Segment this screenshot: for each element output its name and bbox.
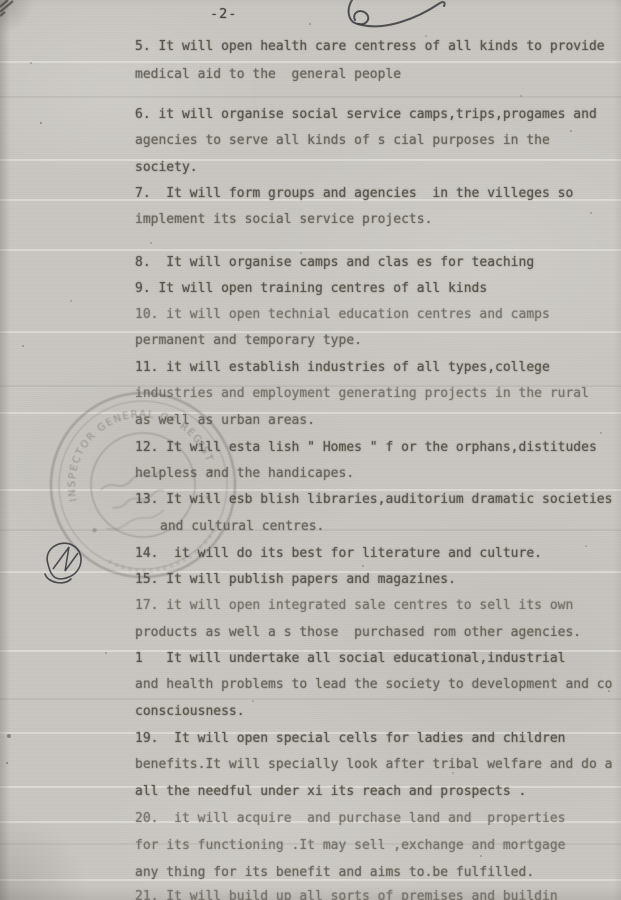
typed-line: for its functioning .It may sell ,exchan… [135, 839, 565, 852]
handwritten-mark [322, 0, 452, 32]
typed-line: any thing for its benefit and aims to.be… [135, 866, 534, 879]
typed-line: medical aid to the general people [135, 68, 401, 81]
typed-line: 17. it will open integrated sale centres… [135, 599, 573, 612]
typed-line: products as well a s those purchased rom… [135, 626, 581, 639]
typed-line: 19. It will open special cells for ladie… [135, 732, 565, 745]
corner-fold-mark [0, 0, 22, 18]
typed-line: all the needful under xi its reach and p… [135, 785, 526, 798]
scan-streak [0, 249, 621, 251]
typed-line: 8. It will organise camps and clas es fo… [135, 256, 534, 269]
page-number: -2- [210, 6, 237, 22]
typed-line: permanent and temporary type. [135, 334, 362, 347]
typed-line: benefits.It will specially look after tr… [135, 758, 612, 771]
typed-line: implement its social service projects. [135, 213, 432, 226]
signature-scribble [38, 536, 92, 588]
scan-streak [0, 96, 621, 98]
typed-line: agencies to serve all kinds of s cial pu… [135, 134, 550, 147]
scan-streak [0, 61, 621, 63]
typed-line: consciousness. [135, 705, 245, 718]
typed-line: 7. It will form groups and agencies in t… [135, 187, 573, 200]
typed-line: 5. It will open health care centress of … [135, 40, 605, 53]
typed-line: 6. it will organise social service camps… [135, 108, 597, 121]
typed-line: 1 It will undertake all social education… [135, 652, 565, 665]
typed-line: 21. It will build up all sorts of premis… [135, 890, 558, 900]
scan-streak [0, 159, 621, 161]
typed-line: 20. it will acquire and purchase land an… [135, 812, 565, 825]
typed-line: and health problems to lead the society … [135, 678, 612, 691]
typed-line: society. [135, 161, 198, 174]
typed-line: 10. it will open technial education cent… [135, 308, 550, 321]
scanned-typewritten-page: -2- OF THE INSPECTOR GENERAL OF REGISTRA… [0, 0, 621, 900]
typed-line: 9. It will open training centres of all … [135, 282, 487, 295]
scan-streak [0, 698, 621, 700]
typed-line: 11. it will establish industries of all … [135, 361, 550, 374]
